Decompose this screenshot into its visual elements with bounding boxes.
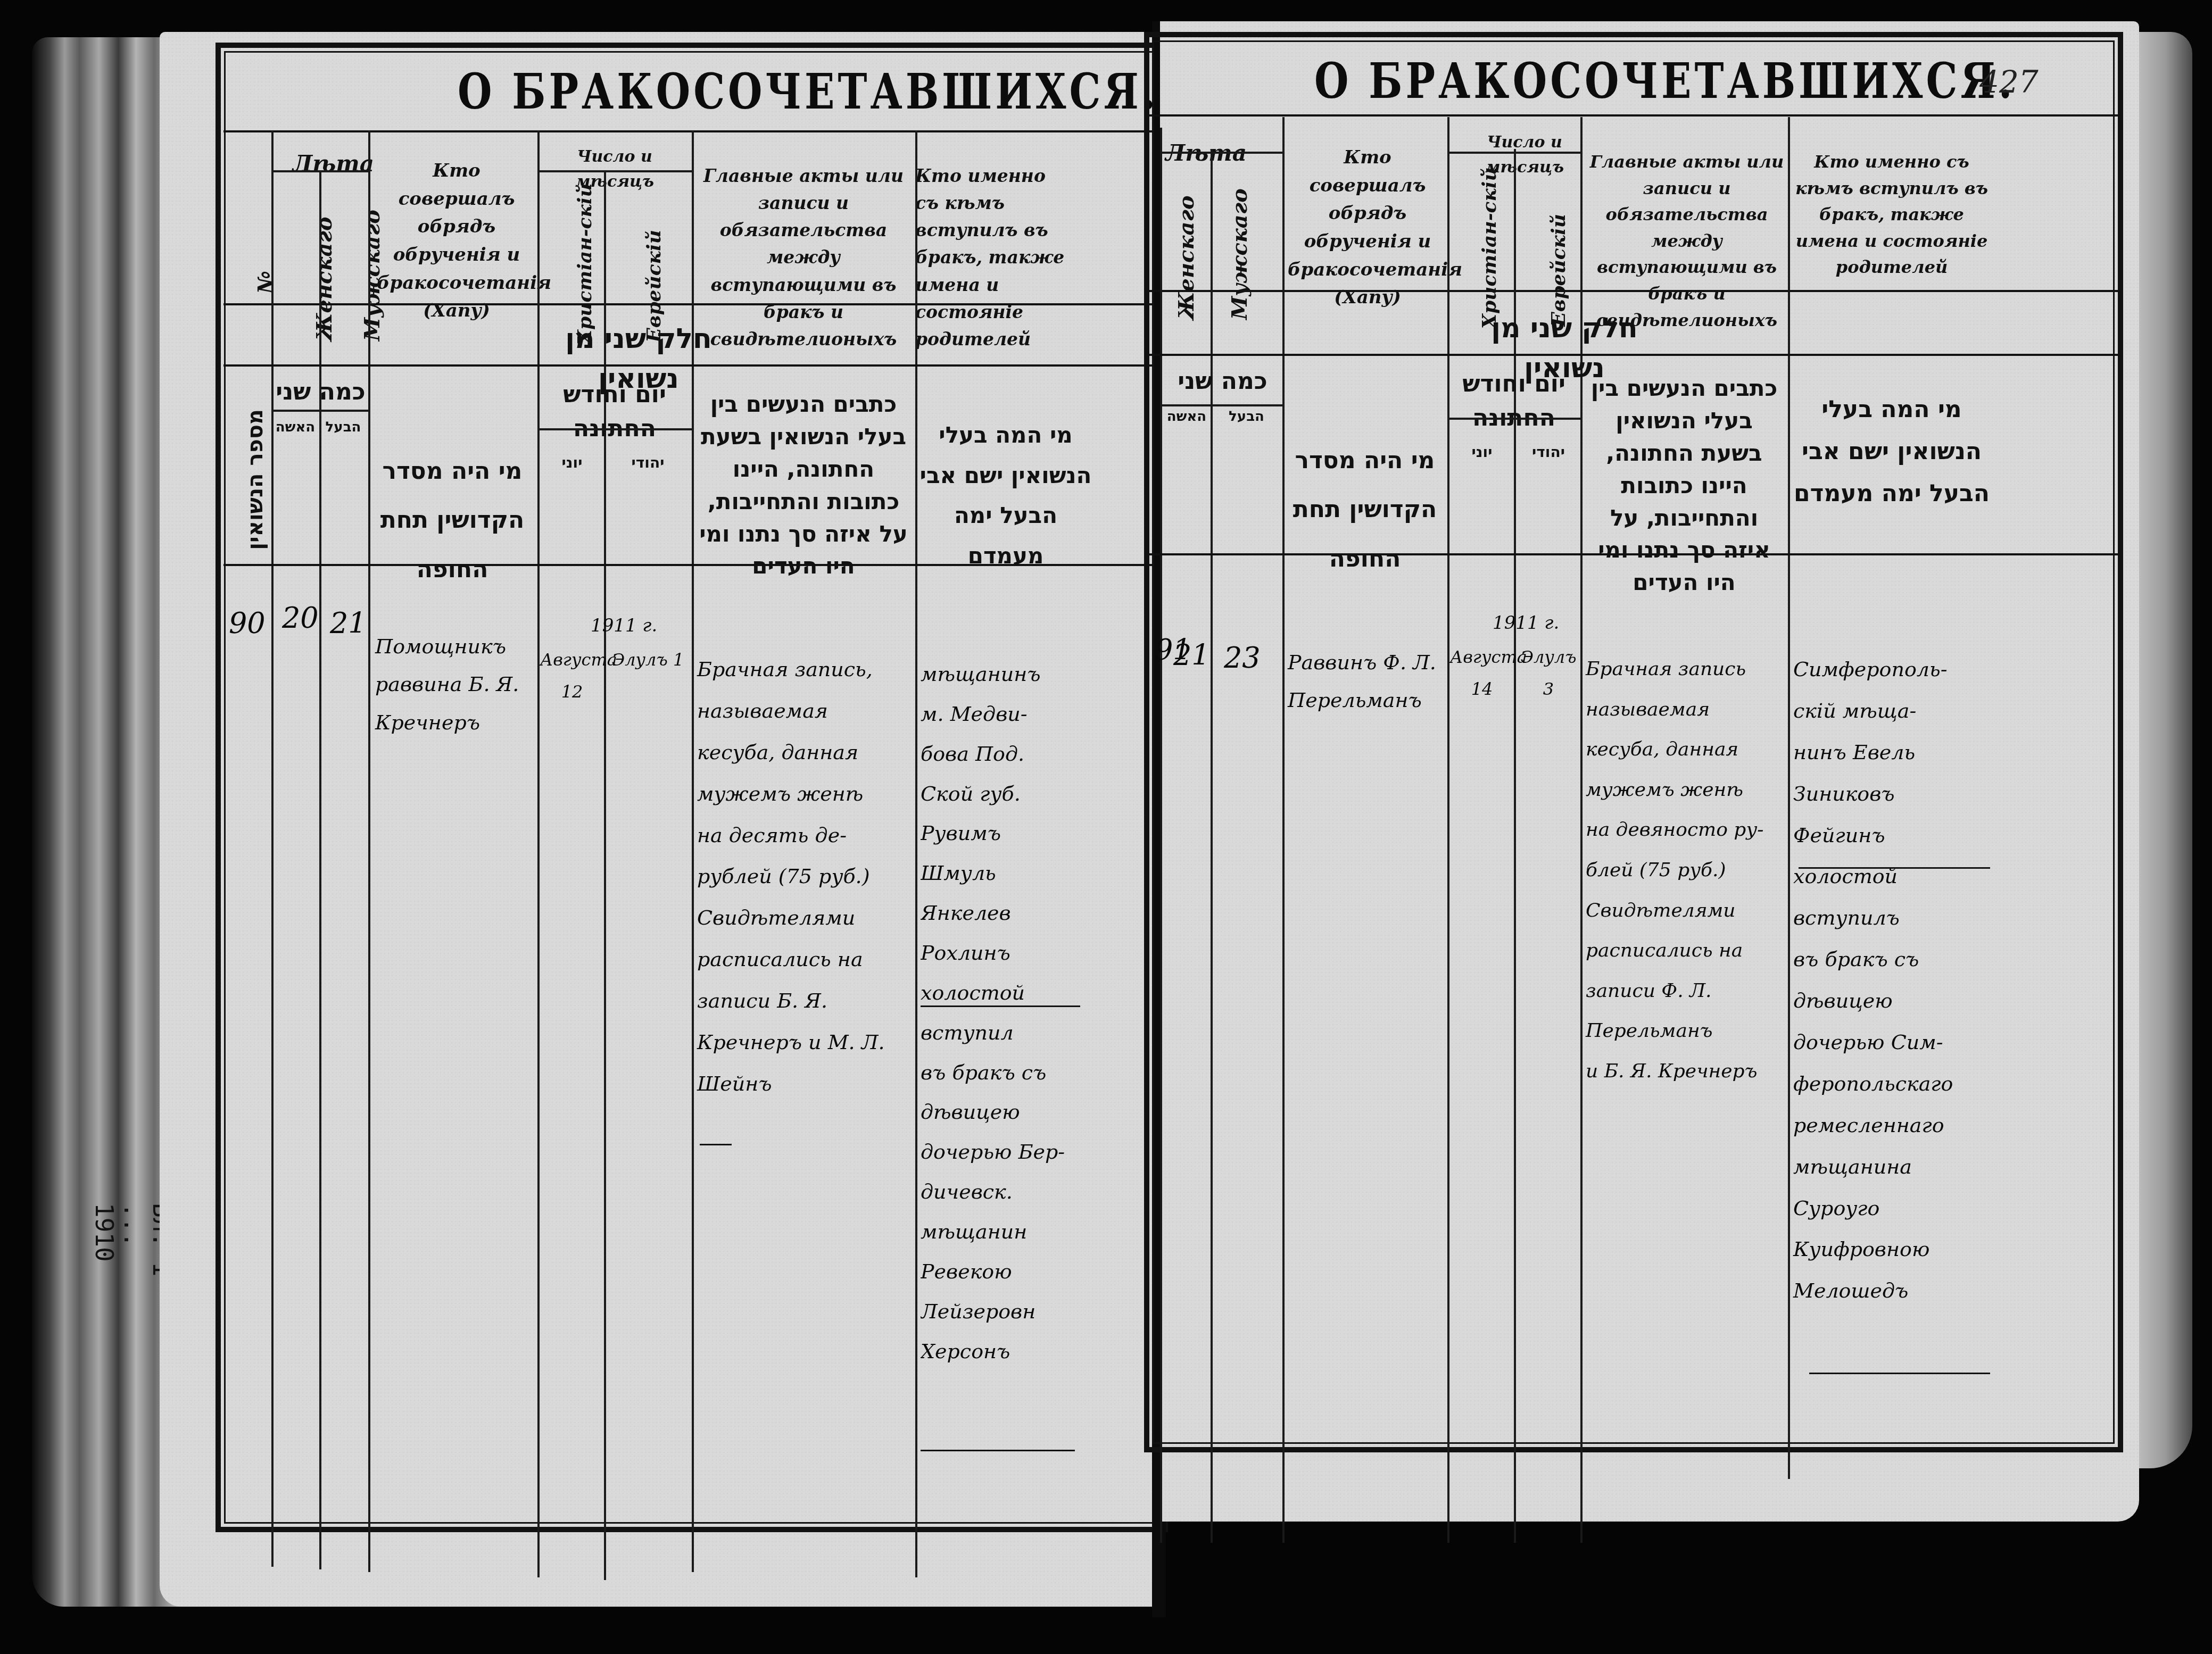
- left-page-title: О БРАКОСОЧЕТАВШИХСЯ.: [458, 63, 1158, 121]
- entry-divider-stroke: [1799, 867, 1990, 869]
- entry-year-note: 1911 г.: [591, 609, 657, 643]
- header-parties: Кто именно съ кѣмъ вступилъ въ бракъ, та…: [1791, 149, 1993, 281]
- hebrew-header-bottom: [223, 564, 1165, 566]
- header-date-group: Число и мѣсяцъ: [1453, 130, 1596, 180]
- russian-header-bottom: [223, 303, 1165, 305]
- subheader-divider: [537, 170, 692, 172]
- entry-acts: Брачная запись называемая кесуба, данная…: [1586, 649, 1788, 1092]
- hebrew-header-acts: כתבים הנעשים בין בעלי הנשואין בשעת החתונ…: [694, 388, 913, 583]
- hebrew-subheader-divider: [1160, 404, 1282, 406]
- entry-officiant: Помощникъ раввина Б. Я. Кречнеръ: [375, 628, 535, 742]
- left-page: О БРАКОСОЧЕТАВШИХСЯ. № Лѣта Женскаго Муж…: [160, 32, 1160, 1607]
- entry-divider-stroke: [921, 1005, 1080, 1007]
- col-divider: [368, 130, 370, 1572]
- subheader-divider: [271, 170, 368, 172]
- entry-age-female: 20: [282, 601, 319, 635]
- title-divider: [1149, 114, 2118, 117]
- entry-age-male: 21: [330, 606, 367, 640]
- hebrew-header-male: הבעל: [322, 418, 364, 438]
- header-years-female: Женскаго: [1170, 203, 1203, 320]
- hebrew-header-male: הבעל: [1213, 407, 1280, 427]
- hebrew-header-parties: מי המה בעלי הנשואין ישם אבי הבעל ימה מעמ…: [918, 415, 1093, 576]
- entry-date-jewish: Элулъ 1: [607, 644, 689, 676]
- hebrew-header-date-christian: יוני: [1450, 442, 1514, 463]
- russian-header-bottom: [1149, 290, 2118, 292]
- header-date-group: Число и мѣсяцъ: [543, 145, 686, 194]
- entry-parties: мѣщанинъ м. Медви- бова Под. Ской губ. Р…: [921, 654, 1096, 1371]
- col-divider: [915, 130, 917, 1577]
- header-officiant: Кто совершалъ обрядъ обрученія и бракосо…: [377, 157, 536, 325]
- entry-date-christian: Августа 12: [540, 644, 604, 708]
- col-divider: [1282, 117, 1285, 1543]
- title-divider: [223, 130, 1165, 132]
- header-parties: Кто именно съ кѣмъ вступилъ въ бракъ, та…: [915, 162, 1075, 353]
- hebrew-header-female: האשה: [1163, 407, 1211, 427]
- entry-age-female: 21: [1173, 638, 1210, 672]
- hebrew-header-bottom: [1149, 553, 2118, 555]
- hebrew-title-divider: [1149, 354, 2118, 356]
- col-divider: [1160, 128, 1162, 1543]
- hebrew-header-date-group: יום וחודש החתונה: [1450, 367, 1578, 435]
- hebrew-header-date-christian: יוני: [540, 452, 604, 474]
- hebrew-header-date-group: יום וחודש החתונה: [540, 378, 689, 446]
- col-divider: [1788, 117, 1790, 1479]
- hebrew-header-parties: מי המה בעלי הנשואין ישם אבי הבעל ימה מעמ…: [1791, 388, 1993, 515]
- hebrew-subheader-divider: [1447, 418, 1580, 420]
- subheader-divider: [1160, 152, 1282, 154]
- header-acts: Главные акты или записи и обязательства …: [1586, 149, 1788, 334]
- header-officiant: Кто совершалъ обрядъ обрученія и бракосо…: [1288, 144, 1447, 312]
- hebrew-subheader-divider: [271, 410, 368, 412]
- entry-date-christian: Августа 14: [1450, 641, 1514, 705]
- col-divider: [1211, 149, 1213, 1543]
- entry-parties: Симферополь- скій мѣща- нинъ Евель Зиник…: [1793, 649, 1995, 1312]
- hebrew-header-date-jewish: יהודי: [1517, 442, 1580, 463]
- entry-date-jewish: Элулъ 3: [1517, 641, 1580, 705]
- hebrew-title-divider: [223, 364, 1165, 367]
- header-years-female: Женскаго: [308, 224, 341, 341]
- folio-number: 427: [1979, 64, 2039, 100]
- right-page: О БРАКОСОЧЕТАВШИХСЯ. 427 Лѣта Женскаго М…: [1160, 21, 2139, 1522]
- col-divider: [271, 130, 274, 1567]
- header-years-group: Лѣта: [293, 146, 367, 181]
- col-divider: [1447, 117, 1449, 1543]
- hebrew-header-number: מספר הנשואין: [240, 409, 271, 537]
- book-edge-left: Бл. 1 ... 1910: [32, 37, 181, 1607]
- entry-end-mark: [700, 1144, 732, 1145]
- entry-age-male: 23: [1224, 641, 1261, 675]
- entry-end-stroke: [921, 1450, 1075, 1451]
- entry-end-stroke: [1809, 1373, 1990, 1374]
- right-page-title: О БРАКОСОЧЕТАВШИХСЯ.: [1314, 53, 2015, 110]
- header-number: №: [250, 235, 283, 330]
- hebrew-header-female: האשה: [274, 418, 317, 438]
- hebrew-subheader-divider: [537, 428, 692, 430]
- entry-number: 90: [229, 606, 266, 640]
- hebrew-header-officiant: מי היה מסדר הקדושין תחת החופה: [1285, 436, 1445, 584]
- hebrew-header-years-group: כמה שני: [274, 375, 367, 409]
- entry-officiant: Раввинъ Ф. Л. Перельманъ: [1288, 644, 1447, 720]
- entry-acts: Брачная запись, называемая кесуба, данна…: [697, 649, 915, 1105]
- subheader-divider: [1447, 152, 1580, 154]
- hebrew-header-officiant: מי היה מסדר הקדושין תחת החופה: [372, 447, 532, 594]
- header-years-male: Мужскаго: [1223, 203, 1256, 320]
- entry-year-note: 1911 г.: [1493, 606, 1559, 641]
- hebrew-header-date-jewish: יהודי: [607, 452, 689, 474]
- hebrew-header-years-group: כמה שני: [1163, 364, 1282, 398]
- hebrew-header-acts: כתבים הנעשים בין בעלי הנשואין בשעת החתונ…: [1583, 372, 1785, 599]
